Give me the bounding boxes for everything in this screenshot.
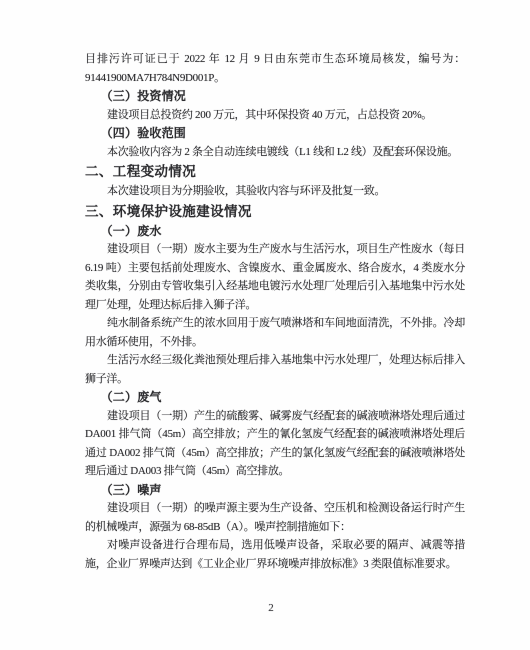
- section-heading: 二、工程变动情况: [85, 161, 465, 182]
- section-heading: （三）噪声: [85, 481, 465, 500]
- section-heading: （一）废水: [85, 222, 465, 241]
- paragraph: 建设项目（一期）产生的硫酸雾、碱雾废气经配套的碱液喷淋塔处理后通过 DA001 …: [85, 407, 465, 481]
- paragraph: 建设项目（一期）废水主要为生产废水与生活污水，项目生产性废水（每日 6.19 吨…: [85, 240, 465, 314]
- page-number: 2: [268, 602, 274, 614]
- section-heading: （三）投资情况: [85, 87, 465, 106]
- paragraph: 建设项目总投资约 200 万元，其中环保投资 40 万元，占总投资 20%。: [85, 106, 465, 125]
- paragraph: 本次建设项目为分期验收，其验收内容与环评及批复一致。: [85, 182, 465, 201]
- section-heading: （四）验收范围: [85, 124, 465, 143]
- paragraph: 本次验收内容为 2 条全自动连续电镀线（L1 线和 L2 线）及配套环保设施。: [85, 143, 465, 162]
- paragraph: 对噪声设备进行合理布局，选用低噪声设备，采取必要的隔声、减震等措施，企业厂界噪声…: [85, 536, 465, 573]
- document-page: 目排污许可证已于 2022 年 12 月 9 日由东莞市生态环境局核发，编号为：…: [0, 0, 530, 650]
- section-heading: （二）废气: [85, 388, 465, 407]
- section-heading: 三、环境保护设施建设情况: [85, 201, 465, 222]
- paragraph: 生活污水经三级化粪池预处理后排入基地集中污水处理厂，处理达标后排入狮子洋。: [85, 351, 465, 388]
- paragraph: 建设项目（一期）的噪声源主要为生产设备、空压机和检测设备运行时产生的机械噪声，源…: [85, 499, 465, 536]
- page-footer: 2: [0, 602, 530, 614]
- document-body: 目排污许可证已于 2022 年 12 月 9 日由东莞市生态环境局核发，编号为：…: [85, 50, 465, 573]
- paragraph: 纯水制备系统产生的浓水回用于废气喷淋塔和车间地面清洗，不外排。冷却用水循环使用，…: [85, 314, 465, 351]
- paragraph: 目排污许可证已于 2022 年 12 月 9 日由东莞市生态环境局核发，编号为：…: [85, 50, 465, 87]
